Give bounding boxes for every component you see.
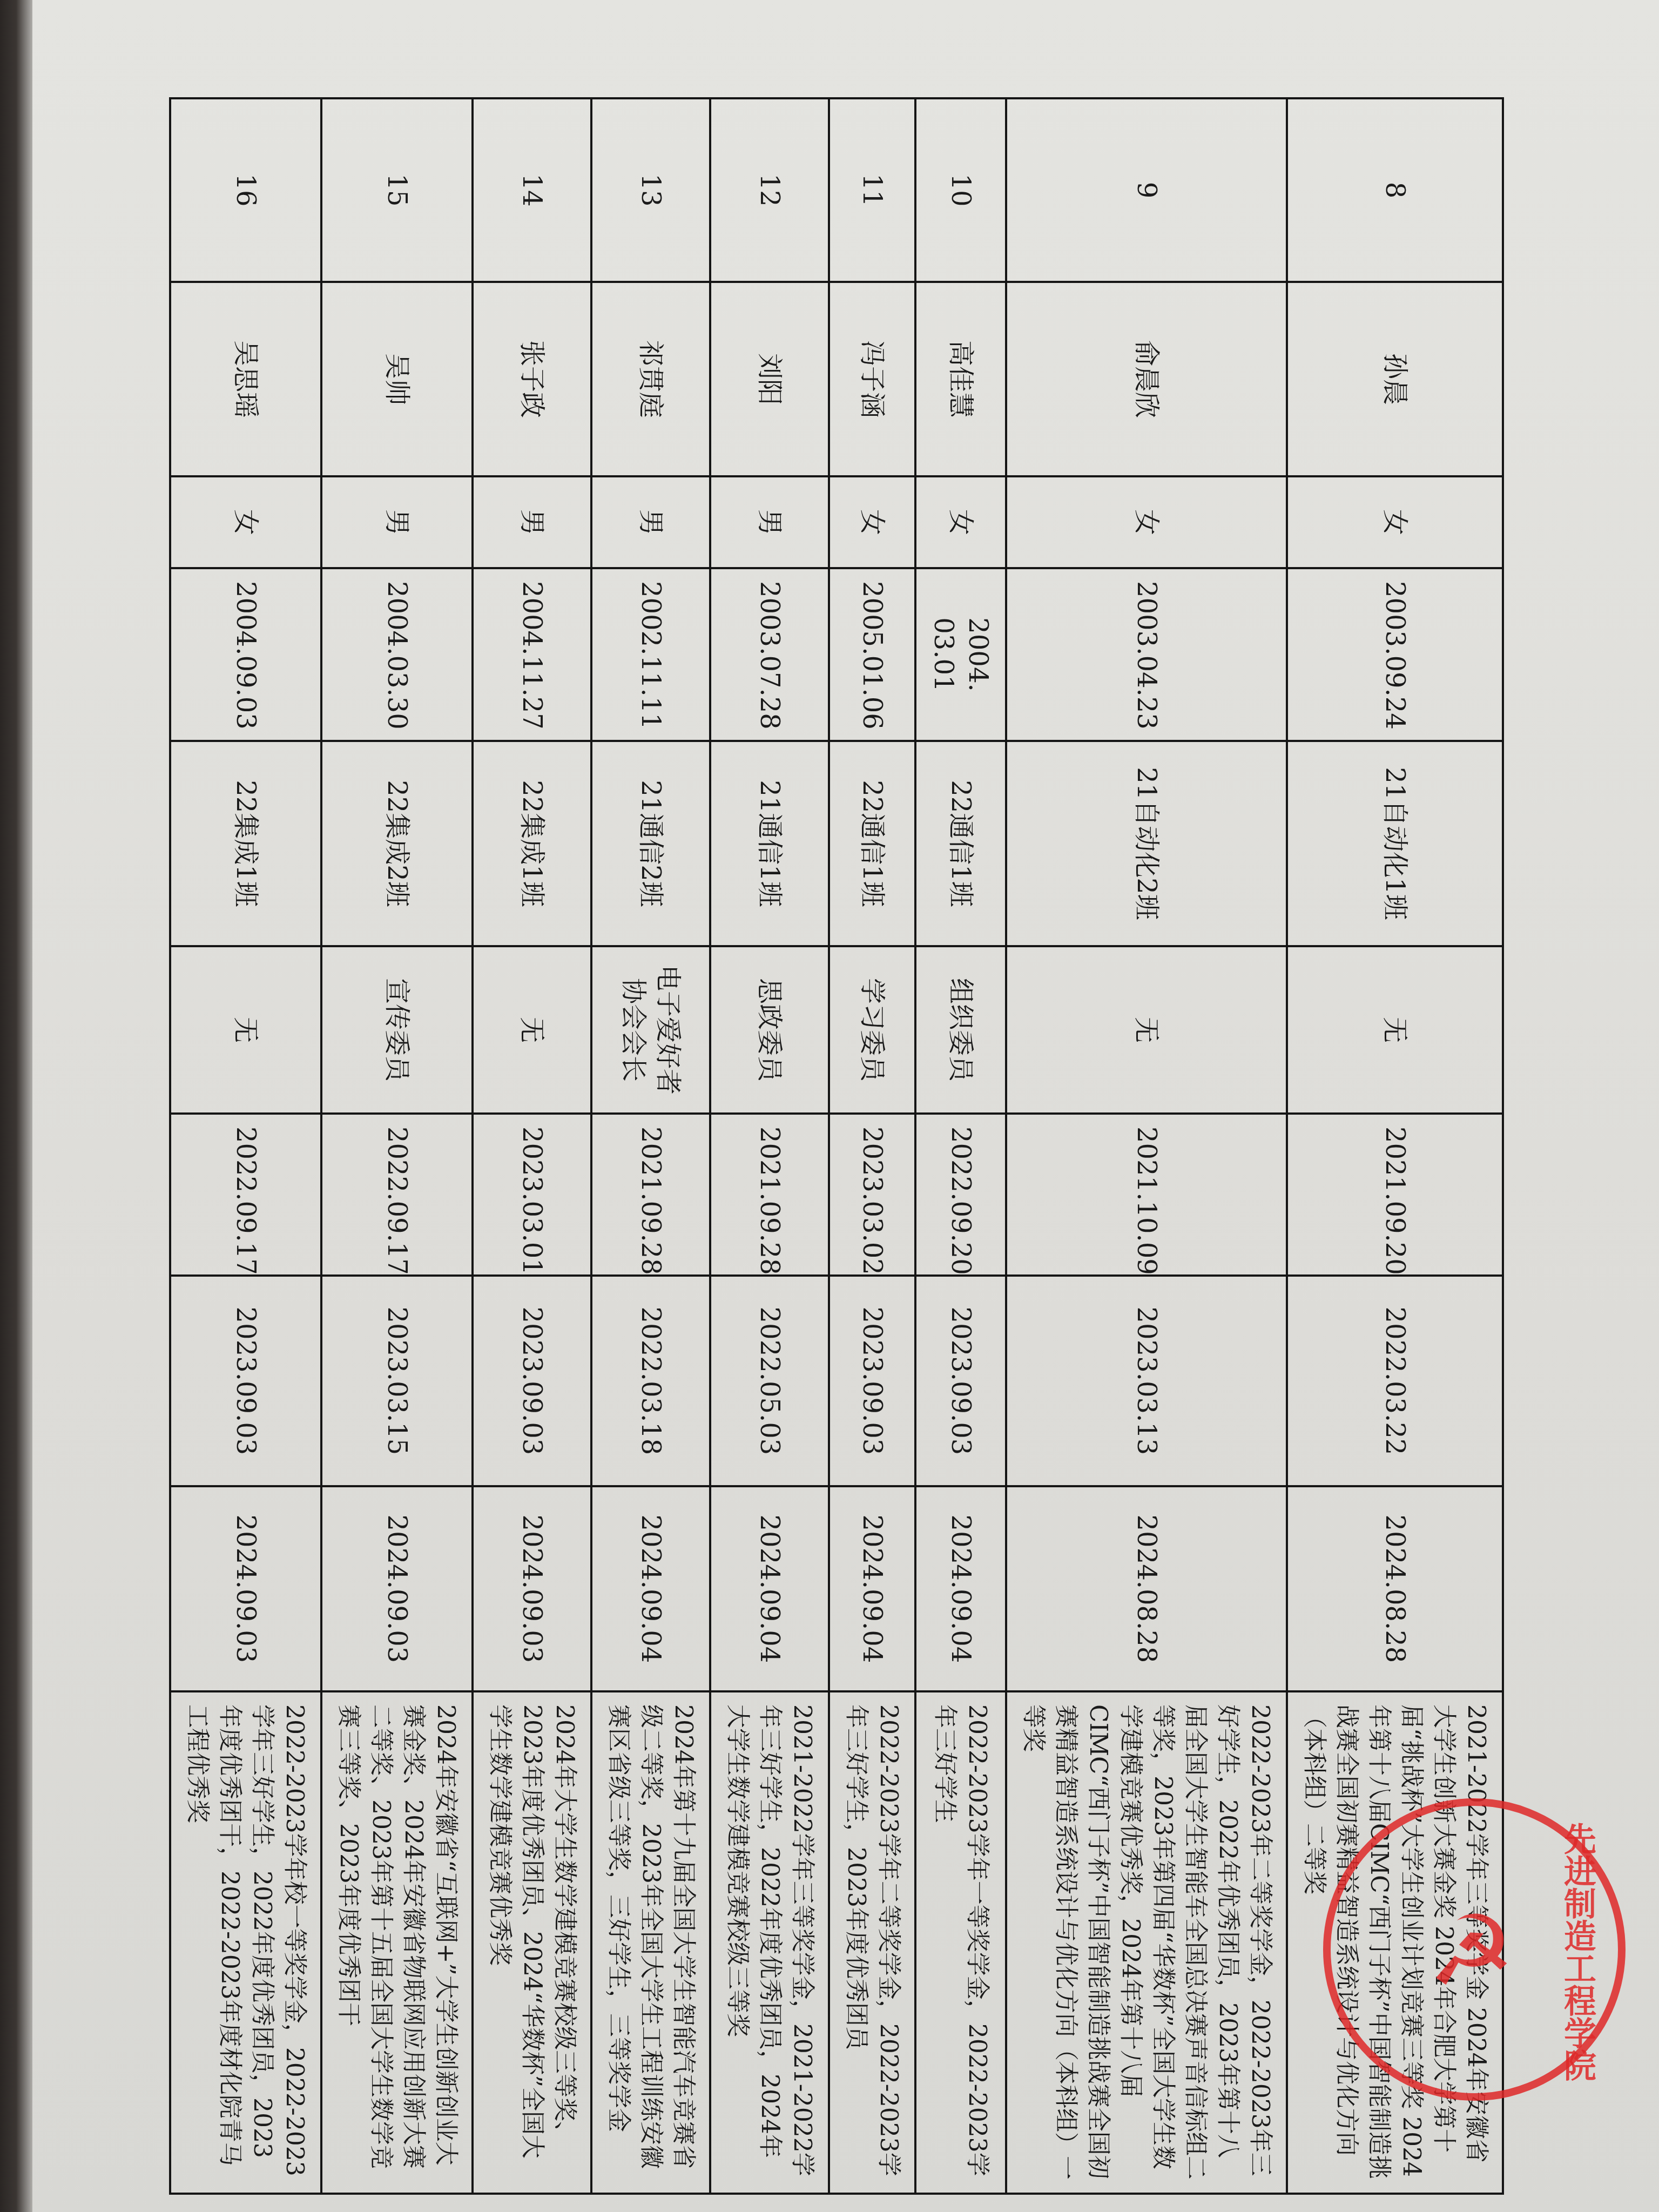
cell-birth: 2002.11.11 xyxy=(591,568,710,741)
cell-birth: 2003.07.28 xyxy=(710,568,829,741)
hammer-sickle-icon: ☭ xyxy=(1428,1903,1515,2000)
cell-date1: 2021.10.09 xyxy=(1006,1114,1287,1276)
cell-birth: 2003.04.23 xyxy=(1006,568,1287,741)
cell-class: 21自动化1班 xyxy=(1287,741,1503,946)
cell-class: 21通信2班 xyxy=(591,741,710,946)
cell-sex: 女 xyxy=(915,476,1006,568)
cell-date1: 2021.09.28 xyxy=(710,1114,829,1276)
cell-role: 电子爱好者协会会长 xyxy=(591,946,710,1114)
cell-date2: 2022.03.22 xyxy=(1287,1276,1503,1486)
cell-date1: 2021.09.28 xyxy=(591,1114,710,1276)
cell-honors: 2024年第十九届全国大学生智能汽车竞赛省级二等奖，2023年全国大学生工程训练… xyxy=(591,1691,710,2194)
cell-class: 22集成2班 xyxy=(321,741,473,946)
cell-date3: 2024.09.04 xyxy=(591,1486,710,1691)
cell-date3: 2024.09.03 xyxy=(321,1486,473,1691)
cell-no: 15 xyxy=(321,98,473,282)
cell-class: 22通信1班 xyxy=(829,741,915,946)
cell-class: 22通信1班 xyxy=(915,741,1006,946)
cell-honors: 2024年安徽省“互联网+”大学生创新创业大赛金奖、2024年安徽省物联网应用创… xyxy=(321,1691,473,2194)
cell-no: 12 xyxy=(710,98,829,282)
cell-name: 冯子涵 xyxy=(829,282,915,476)
cell-class: 22集成1班 xyxy=(473,741,591,946)
cell-date3: 2024.09.03 xyxy=(170,1486,321,1691)
cell-date2: 2023.09.03 xyxy=(829,1276,915,1486)
cell-birth: 2005.01.06 xyxy=(829,568,915,741)
cell-date1: 2023.03.02 xyxy=(829,1114,915,1276)
cell-no: 11 xyxy=(829,98,915,282)
cell-role: 组织委员 xyxy=(915,946,1006,1114)
cell-date1: 2023.03.01 xyxy=(473,1114,591,1276)
red-seal-stamp: 先进制造工程学院 ☭ xyxy=(1323,1798,1626,2101)
cell-role: 无 xyxy=(1287,946,1503,1114)
cell-name: 孙晨 xyxy=(1287,282,1503,476)
cell-date2: 2023.03.13 xyxy=(1006,1276,1287,1486)
cell-date3: 2024.08.28 xyxy=(1006,1486,1287,1691)
cell-name: 吴帅 xyxy=(321,282,473,476)
table-row: 12刘阳男2003.07.2821通信1班思政委员2021.09.282022.… xyxy=(710,98,829,2194)
table-row: 15吴帅男2004.03.3022集成2班宣传委员2022.09.172023.… xyxy=(321,98,473,2194)
cell-name: 刘阳 xyxy=(710,282,829,476)
cell-birth: 2004.03.30 xyxy=(321,568,473,741)
cell-no: 14 xyxy=(473,98,591,282)
cell-date2: 2022.03.18 xyxy=(591,1276,710,1486)
cell-sex: 男 xyxy=(473,476,591,568)
cell-birth: 2003.09.24 xyxy=(1287,568,1503,741)
cell-role: 学习委员 xyxy=(829,946,915,1114)
cell-no: 9 xyxy=(1006,98,1287,282)
cell-name: 俞晨欣 xyxy=(1006,282,1287,476)
table-row: 11冯子涵女2005.01.0622通信1班学习委员2023.03.022023… xyxy=(829,98,915,2194)
cell-honors: 2022-2023学年一等奖学金，2022-2023学年三好学生 xyxy=(915,1691,1006,2194)
cell-no: 16 xyxy=(170,98,321,282)
cell-no: 8 xyxy=(1287,98,1503,282)
table-row: 13祁贯庭男2002.11.1121通信2班电子爱好者协会会长2021.09.2… xyxy=(591,98,710,2194)
cell-sex: 女 xyxy=(829,476,915,568)
cell-honors: 2022-2023学年二等奖学金，2022-2023学年三好学生，2023年度优… xyxy=(829,1691,915,2194)
cell-date3: 2024.09.04 xyxy=(829,1486,915,1691)
cell-no: 13 xyxy=(591,98,710,282)
cell-birth: 2004. 03.01 xyxy=(915,568,1006,741)
cell-birth: 2004.11.27 xyxy=(473,568,591,741)
cell-name: 高佳慧 xyxy=(915,282,1006,476)
cell-sex: 男 xyxy=(321,476,473,568)
cell-honors: 2022-2023学年校一等奖学金，2022-2023学年三好学生，2022年度… xyxy=(170,1691,321,2194)
cell-date2: 2023.09.03 xyxy=(170,1276,321,1486)
cell-name: 张子政 xyxy=(473,282,591,476)
cell-date1: 2022.09.17 xyxy=(321,1114,473,1276)
cell-date2: 2023.03.15 xyxy=(321,1276,473,1486)
cell-date1: 2021.09.20 xyxy=(1287,1114,1503,1276)
table-row: 14张子政男2004.11.2722集成1班无2023.03.012023.09… xyxy=(473,98,591,2194)
cell-class: 22集成1班 xyxy=(170,741,321,946)
cell-date2: 2023.09.03 xyxy=(915,1276,1006,1486)
table-row: 9俞晨欣女2003.04.2321自动化2班无2021.10.092023.03… xyxy=(1006,98,1287,2194)
cell-no: 10 xyxy=(915,98,1006,282)
cell-honors: 2022-2023年二等奖学金，2022-2023年三好学生，2022年优秀团员… xyxy=(1006,1691,1287,2194)
cell-role: 无 xyxy=(473,946,591,1114)
cell-date3: 2024.09.03 xyxy=(473,1486,591,1691)
cell-class: 21自动化2班 xyxy=(1006,741,1287,946)
cell-sex: 男 xyxy=(591,476,710,568)
cell-date2: 2023.09.03 xyxy=(473,1276,591,1486)
cell-honors: 2021-2022学年三等奖学金，2021-2022学年三好学生，2022年度优… xyxy=(710,1691,829,2194)
cell-name: 吴思瑶 xyxy=(170,282,321,476)
cell-birth: 2004.09.03 xyxy=(170,568,321,741)
table-row: 10高佳慧女2004. 03.0122通信1班组织委员2022.09.20202… xyxy=(915,98,1006,2194)
cell-date2: 2022.05.03 xyxy=(710,1276,829,1486)
cell-sex: 女 xyxy=(1287,476,1503,568)
cell-role: 思政委员 xyxy=(710,946,829,1114)
cell-honors: 2024年大学生数学建模竞赛校级三等奖、2023年度优秀团员、2024“华数杯”… xyxy=(473,1691,591,2194)
cell-sex: 女 xyxy=(1006,476,1287,568)
cell-date3: 2024.09.04 xyxy=(915,1486,1006,1691)
cell-date3: 2024.09.04 xyxy=(710,1486,829,1691)
cell-date1: 2022.09.17 xyxy=(170,1114,321,1276)
cell-date1: 2022.09.20 xyxy=(915,1114,1006,1276)
cell-class: 21通信1班 xyxy=(710,741,829,946)
cell-date3: 2024.08.28 xyxy=(1287,1486,1503,1691)
cell-sex: 男 xyxy=(710,476,829,568)
cell-role: 宣传委员 xyxy=(321,946,473,1114)
student-table: 8孙晨女2003.09.2421自动化1班无2021.09.202022.03.… xyxy=(169,97,1504,2058)
cell-role: 无 xyxy=(1006,946,1287,1114)
cell-role: 无 xyxy=(170,946,321,1114)
cell-name: 祁贯庭 xyxy=(591,282,710,476)
cell-sex: 女 xyxy=(170,476,321,568)
table-row: 16吴思瑶女2004.09.0322集成1班无2022.09.172023.09… xyxy=(170,98,321,2194)
